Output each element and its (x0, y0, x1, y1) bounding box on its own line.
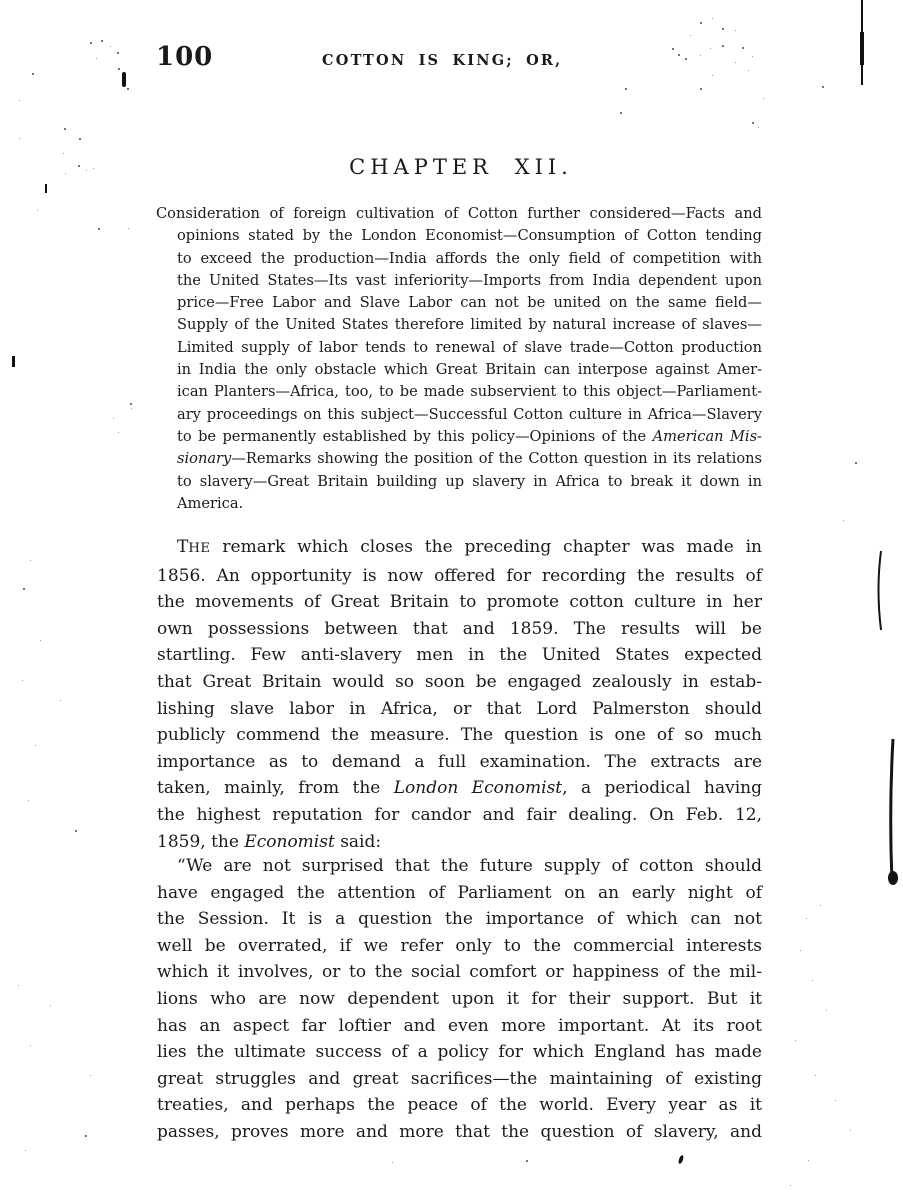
text-line: treaties, and perhaps the peace of the w… (157, 1092, 762, 1119)
scan-speck-artifact (75, 830, 77, 832)
scan-speck-artifact (32, 73, 34, 75)
scan-speck-artifact (808, 1160, 809, 1161)
scan-speck-artifact (127, 88, 129, 90)
scan-speck-artifact (722, 28, 724, 30)
text-line: publicly commend the measure. The questi… (157, 722, 762, 749)
text-line: “We are not surprised that the future su… (157, 853, 762, 880)
scan-speck-artifact (625, 88, 627, 90)
scan-speck-artifact (835, 1100, 836, 1101)
scan-speck-artifact (710, 48, 711, 49)
scan-speck-artifact (752, 56, 753, 57)
text-line: THE remark which closes the preceding ch… (157, 534, 762, 563)
scan-speck-artifact (826, 1010, 827, 1011)
text-line: the movements of Great Britain to promot… (157, 589, 762, 616)
scan-speck-artifact (85, 1135, 87, 1137)
text-line: ary proceedings on this subject—Successf… (156, 404, 762, 426)
scan-speck-artifact (50, 1005, 51, 1006)
scan-speck-artifact (30, 1045, 31, 1046)
text-line: own possessions between that and 1859. T… (157, 616, 762, 643)
scan-speck-artifact (700, 22, 702, 24)
scan-speck-artifact (690, 35, 691, 36)
text-line: which it involves, or to the social comf… (157, 959, 762, 986)
text-line: Consideration of foreign cultivation of … (156, 203, 762, 225)
scan-speck-artifact (742, 47, 744, 49)
scan-speck-artifact (700, 88, 702, 90)
text-line: to slavery—Great Britain building up sla… (156, 471, 762, 493)
book-page: 100 COTTON IS KING; OR, CHAPTER XII. Con… (0, 0, 903, 1200)
scan-speck-artifact (735, 30, 736, 31)
text-line: 1856. An opportunity is now offered for … (157, 563, 762, 590)
scan-speck-artifact (96, 58, 97, 59)
body-paragraph-1: THE remark which closes the preceding ch… (157, 534, 762, 855)
scan-speck-artifact (685, 58, 687, 60)
text-line: well be overrated, if we refer only to t… (157, 933, 762, 960)
scan-speck-artifact (113, 418, 114, 419)
scan-speck-artifact (101, 40, 103, 42)
body-paragraph-2: “We are not surprised that the future su… (157, 853, 762, 1146)
text-line: the United States—Its vast inferiority—I… (156, 270, 762, 292)
scan-speck-artifact (40, 640, 41, 641)
scan-speck-artifact (855, 462, 857, 464)
text-line: America. (156, 493, 762, 515)
scan-speck-artifact (118, 68, 120, 70)
text-line: passes, proves more and more that the qu… (157, 1119, 762, 1146)
text-line: ican Planters—Africa, too, to be made su… (156, 381, 762, 403)
scan-speck-artifact (110, 46, 111, 47)
scan-speck-artifact (806, 918, 807, 919)
scan-speck-artifact (800, 950, 801, 951)
scan-speck-artifact (23, 588, 25, 590)
scan-speck-artifact (620, 112, 622, 114)
scan-speck-artifact (722, 45, 724, 47)
scan-speck-artifact (392, 1162, 393, 1163)
text-line: importance as to demand a full examinati… (157, 749, 762, 776)
text-line: to be permanently established by this po… (156, 426, 762, 448)
scan-speck-artifact (35, 745, 36, 746)
scan-speck-artifact (78, 165, 80, 167)
scan-speck-artifact (60, 700, 61, 701)
text-line: startling. Few anti-slavery men in the U… (157, 642, 762, 669)
scan-speck-artifact (128, 228, 129, 229)
scan-speck-artifact (30, 560, 31, 561)
text-line: taken, mainly, from the London Economist… (157, 775, 762, 802)
scan-speck-artifact (19, 138, 20, 139)
text-line: great struggles and great sacrifices—the… (157, 1066, 762, 1093)
text-line: the highest reputation for candor and fa… (157, 802, 762, 829)
text-line: has an aspect far loftier and even more … (157, 1013, 762, 1040)
scan-speck-artifact (815, 1075, 816, 1076)
scan-speck-artifact (79, 138, 81, 140)
scan-speck-artifact (843, 520, 844, 521)
scan-blotch-artifact (45, 184, 47, 193)
scan-speck-artifact (63, 153, 64, 154)
text-line: have engaged the attention of Parliament… (157, 880, 762, 907)
text-line: sionary—Remarks showing the position of … (156, 448, 762, 470)
scan-speck-artifact (117, 52, 119, 54)
scan-speck-artifact (812, 980, 813, 981)
scan-speck-artifact (820, 905, 821, 906)
scan-speck-artifact (28, 800, 29, 801)
text-line: that Great Britain would so soon be enga… (157, 669, 762, 696)
scan-speck-artifact (752, 122, 754, 124)
scan-speck-artifact (795, 1040, 796, 1041)
scan-speck-artifact (526, 1160, 528, 1162)
scan-speck-artifact (22, 680, 23, 681)
scan-speck-artifact (712, 75, 713, 76)
text-line: lishing slave labor in Africa, or that L… (157, 696, 762, 723)
text-line: lies the ultimate success of a policy fo… (157, 1039, 762, 1066)
scan-speck-artifact (37, 210, 38, 211)
scan-speck-artifact (763, 98, 764, 99)
scan-speck-artifact (735, 62, 736, 63)
chapter-heading: CHAPTER XII. (160, 155, 762, 179)
scan-speck-artifact (25, 1150, 26, 1151)
scan-speck-artifact (678, 54, 680, 56)
scan-speck-artifact (19, 100, 20, 101)
scan-speck-artifact (118, 432, 119, 433)
scan-speck-artifact (64, 128, 66, 130)
text-line: opinions stated by the London Economist—… (156, 225, 762, 247)
page-number: 100 (156, 42, 213, 72)
scan-speck-artifact (90, 1075, 91, 1076)
scan-speck-artifact (18, 985, 19, 986)
scan-speck-artifact (700, 55, 701, 56)
scan-speck-artifact (758, 127, 759, 128)
scan-blotch-artifact (122, 72, 126, 87)
text-line: Supply of the United States therefore li… (156, 314, 762, 336)
scan-blotch-artifact (12, 356, 15, 367)
scan-speck-artifact (130, 403, 132, 405)
text-line: lions who are now dependent upon it for … (157, 986, 762, 1013)
chapter-synopsis: Consideration of foreign cultivation of … (156, 203, 762, 515)
scan-speck-artifact (748, 70, 749, 71)
scan-speck-artifact (65, 173, 66, 174)
scan-speck-artifact (822, 86, 824, 88)
scan-speck-artifact (98, 228, 100, 230)
scan-speck-artifact (131, 408, 132, 409)
text-line: to exceed the production—India affords t… (156, 248, 762, 270)
scan-speck-artifact (93, 168, 94, 169)
scan-speck-artifact (850, 1130, 851, 1131)
running-header: COTTON IS KING; OR, (322, 52, 562, 69)
scan-speck-artifact (90, 42, 92, 44)
text-line: the Session. It is a question the import… (157, 906, 762, 933)
text-line: Limited supply of labor tends to renewal… (156, 337, 762, 359)
scan-comma-artifact (678, 1155, 684, 1165)
text-line: price—Free Labor and Slave Labor can not… (156, 292, 762, 314)
scan-speck-artifact (86, 170, 87, 171)
scan-line-artifact (860, 32, 864, 65)
scan-speck-artifact (672, 48, 674, 50)
text-line: 1859, the Economist said: (157, 829, 762, 856)
scan-speck-artifact (790, 1185, 791, 1186)
text-line: in India the only obstacle which Great B… (156, 359, 762, 381)
scan-speck-artifact (712, 18, 713, 19)
